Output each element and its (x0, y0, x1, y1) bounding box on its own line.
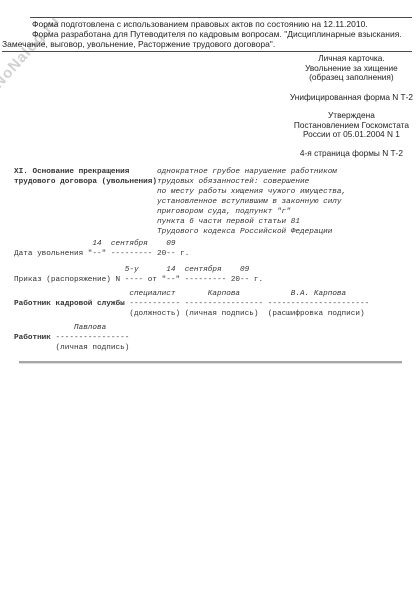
page-number-note: 4-я страница формы N Т-2 (300, 149, 403, 159)
approval-note: Утверждена Постановлением Госкомстата Ро… (294, 111, 409, 140)
hr-officer-values: специалист Карпова В.А. Карпова (14, 289, 414, 299)
unified-form-code: Унифицированная форма N Т-2 (290, 93, 413, 103)
section-11-termination-basis: XI. Основание прекращения трудового дого… (14, 167, 414, 237)
section-11-label-line-2: трудового договора (увольнения) (14, 177, 157, 187)
doc-header: Личная карточка. Увольнение за хищение (… (290, 54, 413, 158)
hr-officer-signature-block: специалист Карпова В.А. Карпова Работник… (14, 289, 414, 319)
prep-note: Форма подготовлена с использованием прав… (2, 17, 412, 52)
dismissal-date-block: 14 сентября 09 Дата увольнения "--" ----… (14, 239, 414, 259)
hr-officer-captions: (должность) (личная подпись) (расшифровк… (14, 309, 414, 319)
section-11-value-line-2: трудовых обязанностей: совершение (157, 177, 346, 187)
section-11-value-line-7: Трудового кодекса Российской Федерации (157, 227, 346, 237)
prep-note-line-1: Форма подготовлена с использованием прав… (2, 19, 412, 29)
section-11-label-line-1: XI. Основание прекращения (14, 167, 157, 177)
prep-note-line-3: Замечание, выговор, увольнение, Расторже… (2, 39, 412, 49)
employee-label-line: Работник ---------------- (14, 333, 414, 343)
dismissal-date-label: Дата увольнения "--" --------- 20-- г. (14, 249, 414, 259)
section-11-value-line-4: установленное вступившим в законную силу (157, 197, 346, 207)
employee-label: Работник (14, 334, 51, 342)
approval-line-3: России от 05.01.2004 N 1 (294, 130, 409, 140)
order-label: Приказ (распоряжение) N ---- от "--" ---… (14, 275, 414, 285)
document-page: NoNalog.ru Форма подготовлена с использо… (0, 0, 420, 600)
section-11-value-line-1: однократное грубое нарушение работником (157, 167, 346, 177)
order-block: 5-у 14 сентября 09 Приказ (распоряжение)… (14, 265, 414, 285)
bottom-divider (19, 361, 402, 364)
section-11-label: XI. Основание прекращения трудового дого… (14, 167, 157, 187)
prep-note-line-2: Форма разработана для Путеводителя по ка… (2, 29, 412, 39)
hr-officer-signature-lines: ----------- ----------------- ----------… (125, 300, 370, 308)
doc-title: Личная карточка. Увольнение за хищение (… (305, 54, 398, 83)
section-11-value: однократное грубое нарушение работником … (157, 167, 346, 237)
section-11-value-line-5: приговором суда, подпункт "г" (157, 207, 346, 217)
employee-caption: (личная подпись) (14, 343, 414, 353)
employee-signature-value: Павлова (14, 323, 414, 333)
section-11-value-line-3: по месту работы хищения чужого имущества… (157, 187, 346, 197)
section-11-value-line-6: пункта 6 части первой статьи 81 (157, 217, 346, 227)
employee-signature-line: ---------------- (51, 334, 129, 342)
hr-officer-label: Работник кадровой службы (14, 300, 125, 308)
dismissal-date-values: 14 сентября 09 (14, 239, 414, 249)
hr-officer-label-line: Работник кадровой службы ----------- ---… (14, 299, 414, 309)
employee-signature-block: Павлова Работник ---------------- (лична… (14, 323, 414, 353)
doc-title-line-3: (образец заполнения) (305, 73, 398, 83)
order-values: 5-у 14 сентября 09 (14, 265, 414, 275)
form-body: XI. Основание прекращения трудового дого… (14, 167, 414, 353)
